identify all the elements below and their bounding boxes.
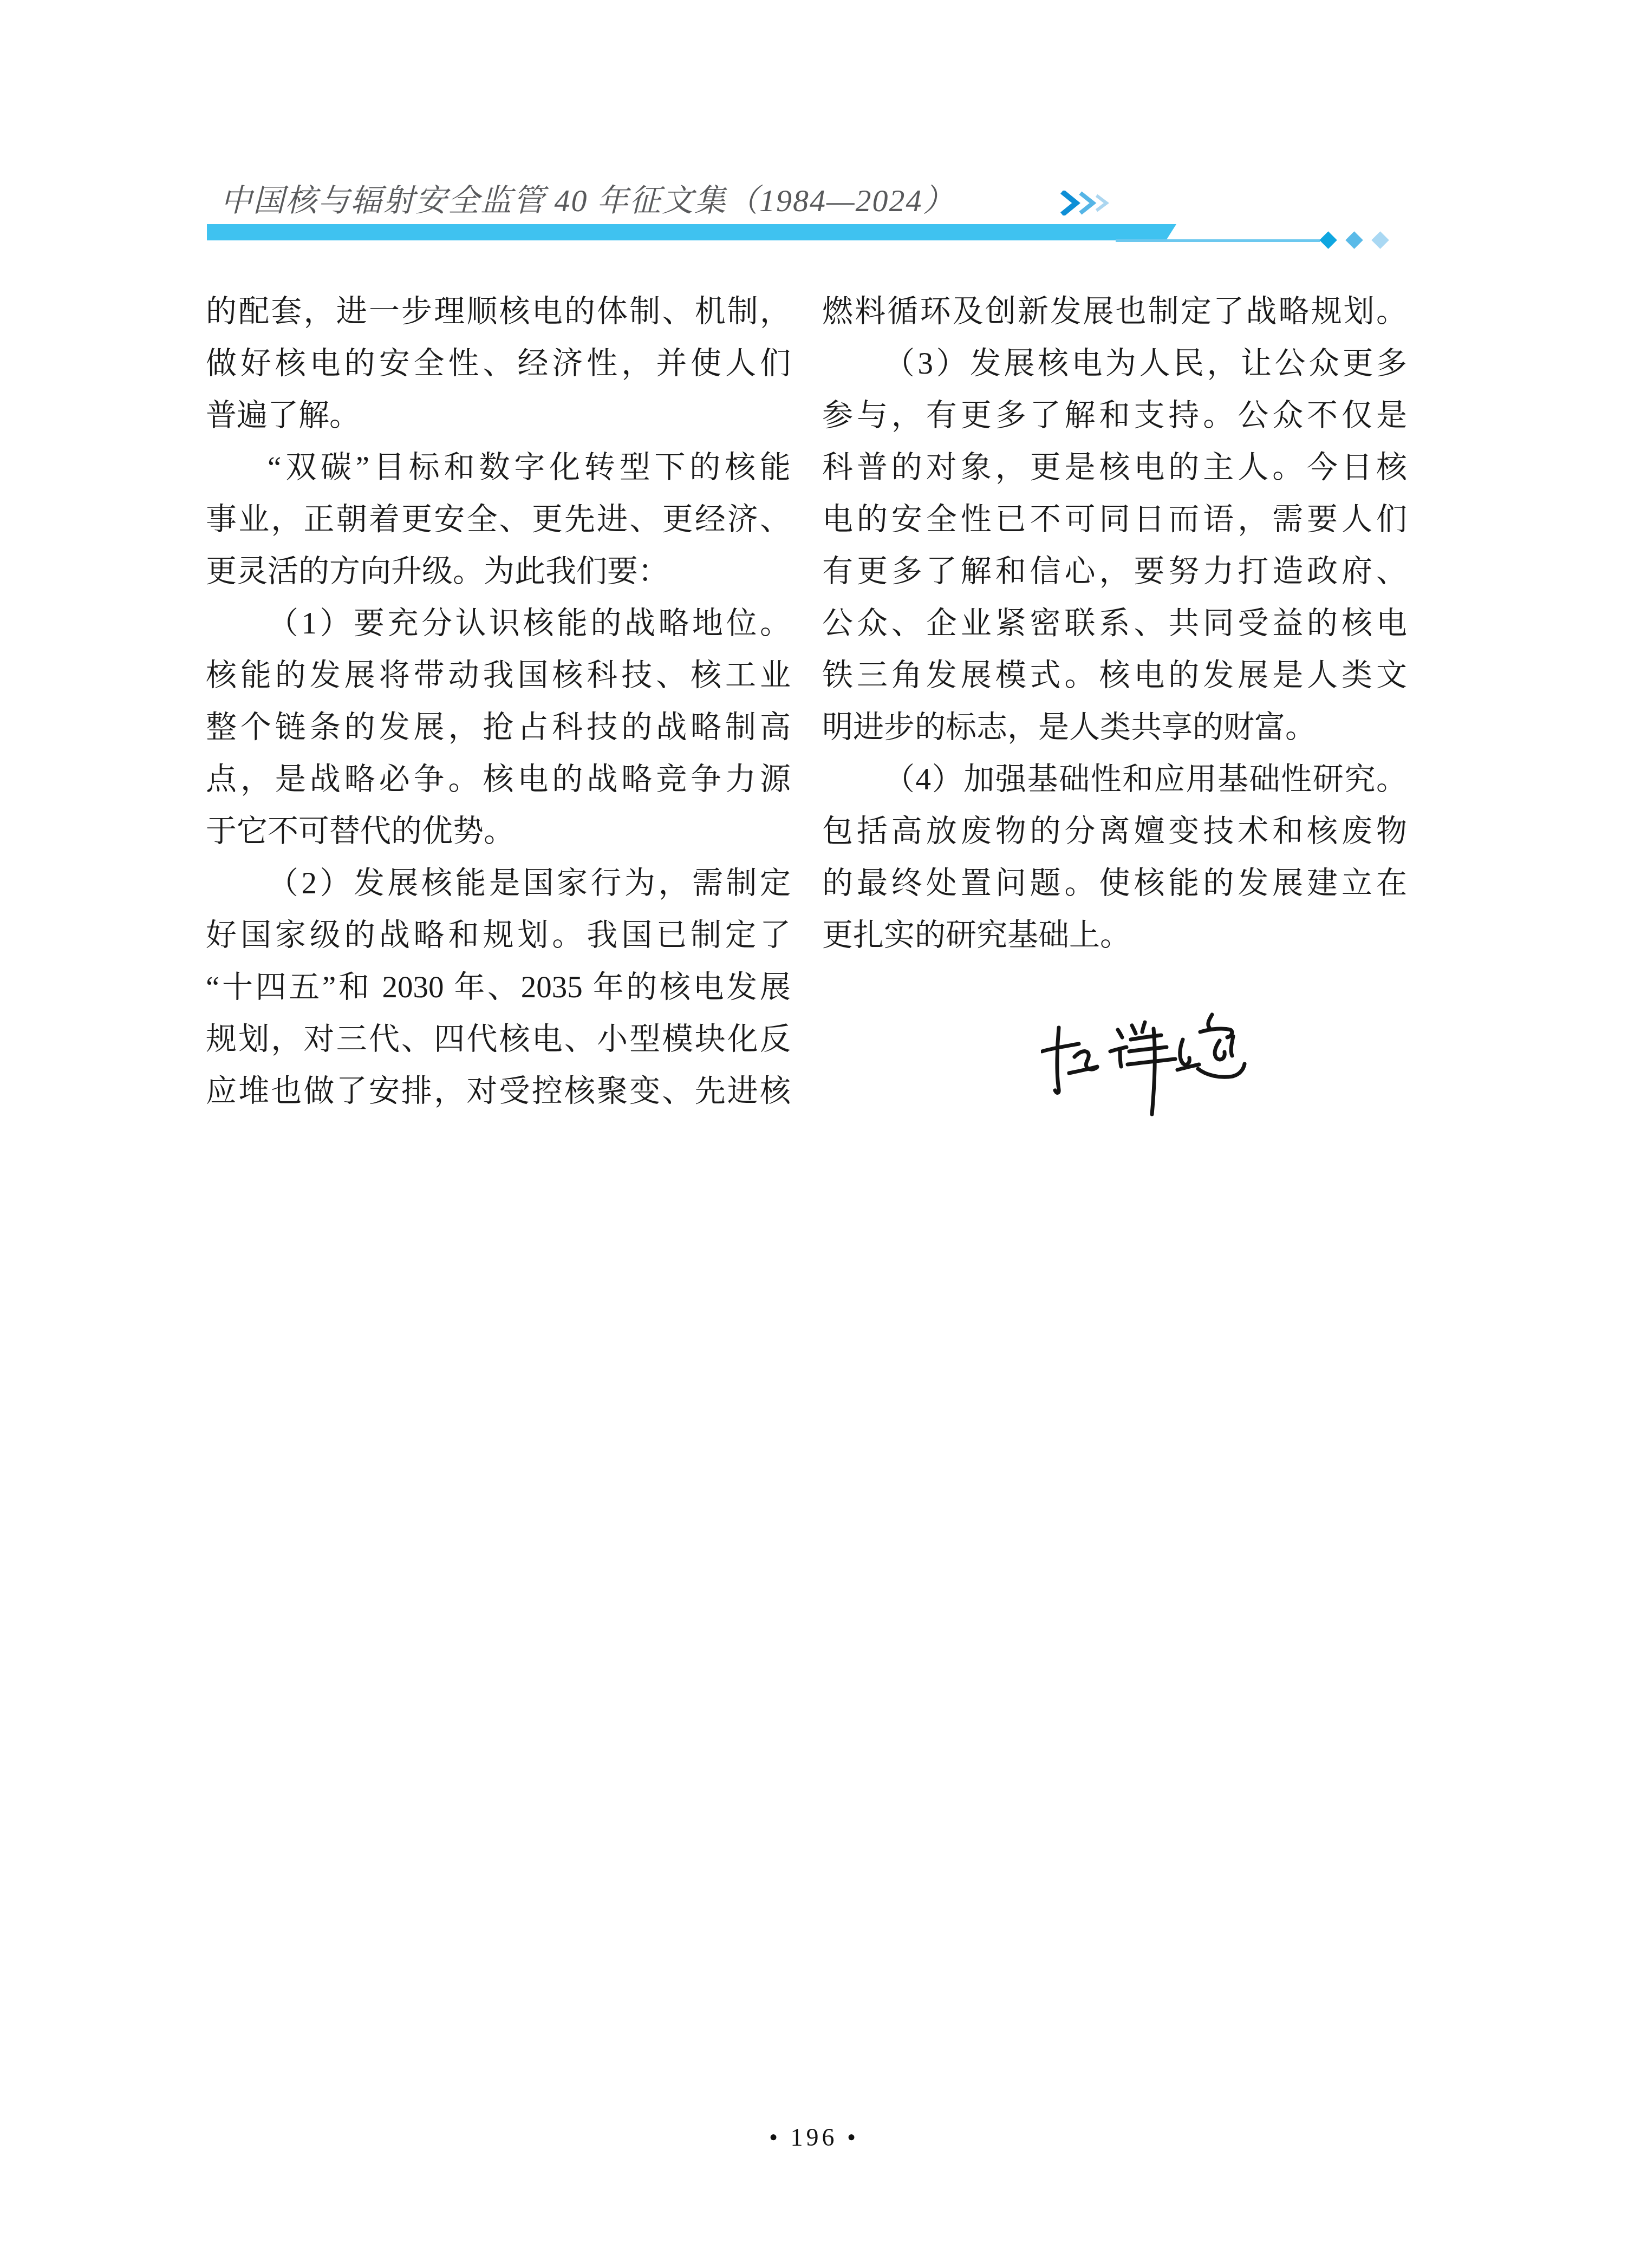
text-line: 核能的发展将带动我国核科技、核工业	[206, 650, 791, 702]
diamond-icon	[1371, 231, 1389, 249]
text-line: 铁三角发展模式。核电的发展是人类文	[822, 650, 1407, 702]
header-bar-decoration	[207, 224, 1176, 240]
text-line: 更扎实的研究基础上。	[822, 910, 1407, 962]
text-line: “双碳”目标和数字化转型下的核能	[206, 442, 791, 494]
page-header-title: 中国核与辐射安全监管 40 年征文集（1984—2024）	[220, 180, 1044, 222]
text-line: 更灵活的方向升级。为此我们要：	[206, 546, 791, 598]
diamond-icon	[1345, 231, 1363, 249]
left-text-column: 的配套，进一步理顺核电的体制、机制，做好核电的安全性、经济性，并使人们普遍了解。…	[206, 286, 791, 1117]
text-line: 点，是战略必争。核电的战略竞争力源	[206, 754, 791, 806]
document-page: 中国核与辐射安全监管 40 年征文集（1984—2024） 的配套，进一步理顺核…	[0, 0, 1628, 2268]
text-line: 公众、企业紧密联系、共同受益的核电	[822, 598, 1407, 650]
text-line: 普遍了解。	[206, 390, 791, 442]
text-line: “十四五”和 2030 年、2035 年的核电发展	[206, 962, 791, 1014]
text-line: 规划，对三代、四代核电、小型模块化反	[206, 1014, 791, 1066]
text-line: （1）要充分认识核能的战略地位。	[206, 598, 791, 650]
text-line: 明进步的标志，是人类共享的财富。	[822, 702, 1407, 754]
text-line: 燃料循环及创新发展也制定了战略规划。	[822, 286, 1407, 338]
text-line: 参与，有更多了解和支持。公众不仅是	[822, 390, 1407, 442]
signature-handwriting	[1041, 1008, 1247, 1125]
text-line: 科普的对象，更是核电的主人。今日核	[822, 442, 1407, 494]
triple-chevron-icon	[1060, 191, 1115, 215]
page-number: • 196 •	[0, 2121, 1628, 2154]
text-line: （3）发展核电为人民，让公众更多	[822, 338, 1407, 390]
text-line: （4）加强基础性和应用基础性研究。	[822, 754, 1407, 806]
text-line: 事业，正朝着更安全、更先进、更经济、	[206, 494, 791, 546]
text-line: 包括高放废物的分离嬗变技术和核废物	[822, 806, 1407, 858]
header-rule-decoration	[1116, 239, 1320, 242]
text-line: 好国家级的战略和规划。我国已制定了	[206, 910, 791, 962]
text-line: 的最终处置问题。使核能的发展建立在	[822, 858, 1407, 910]
signature-strokes-icon	[1041, 1008, 1247, 1125]
text-line: 的配套，进一步理顺核电的体制、机制，	[206, 286, 791, 338]
diamond-icon	[1319, 231, 1337, 249]
text-line: 电的安全性已不可同日而语，需要人们	[822, 494, 1407, 546]
text-line: 应堆也做了安排，对受控核聚变、先进核	[206, 1066, 791, 1117]
text-line: （2）发展核能是国家行为，需制定	[206, 858, 791, 910]
text-line: 整个链条的发展，抢占科技的战略制高	[206, 702, 791, 754]
text-line: 于它不可替代的优势。	[206, 806, 791, 858]
right-text-column: 燃料循环及创新发展也制定了战略规划。（3）发展核电为人民，让公众更多参与，有更多…	[822, 286, 1407, 962]
text-line: 做好核电的安全性、经济性，并使人们	[206, 338, 791, 390]
text-line: 有更多了解和信心，要努力打造政府、	[822, 546, 1407, 598]
